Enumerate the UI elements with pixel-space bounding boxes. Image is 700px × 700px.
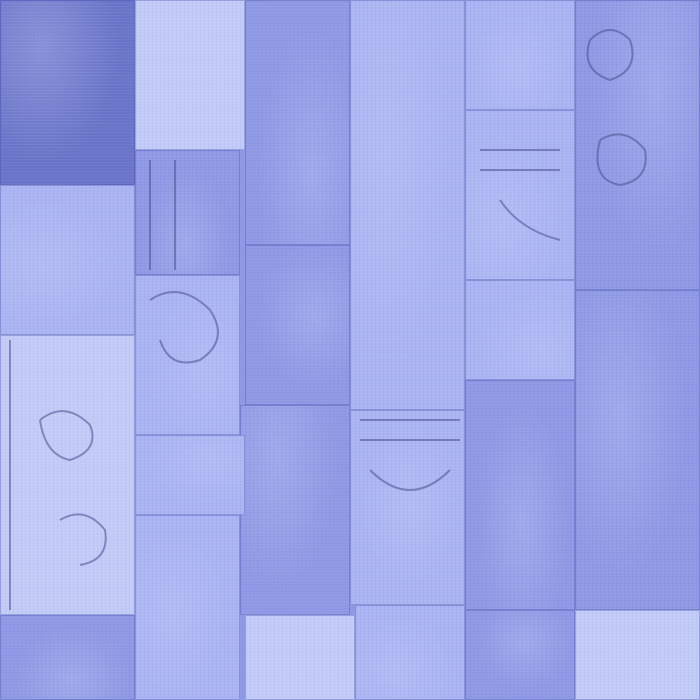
rug-patch xyxy=(135,150,240,275)
rug-patch xyxy=(350,410,465,605)
rug-patch xyxy=(465,0,575,110)
rug-patch xyxy=(245,615,355,700)
rug-patch xyxy=(245,245,350,405)
rug-patch xyxy=(135,0,245,150)
rug-patch xyxy=(0,185,135,335)
rug-patch xyxy=(575,610,700,700)
rug-patch xyxy=(0,615,135,700)
patchwork-rug-image xyxy=(0,0,700,700)
rug-patch xyxy=(0,0,135,185)
rug-patch xyxy=(0,335,135,615)
rug-patch xyxy=(240,405,350,615)
rug-patch xyxy=(135,515,240,700)
rug-patch xyxy=(245,0,350,245)
rug-patch xyxy=(465,380,575,610)
rug-patch xyxy=(350,0,465,410)
rug-patch xyxy=(135,435,245,515)
rug-patch xyxy=(575,0,700,290)
rug-patch xyxy=(465,280,575,380)
rug-patch xyxy=(135,275,240,435)
rug-patch xyxy=(465,110,575,280)
rug-patch xyxy=(465,610,575,700)
rug-patch xyxy=(355,605,465,700)
rug-patch xyxy=(575,290,700,610)
